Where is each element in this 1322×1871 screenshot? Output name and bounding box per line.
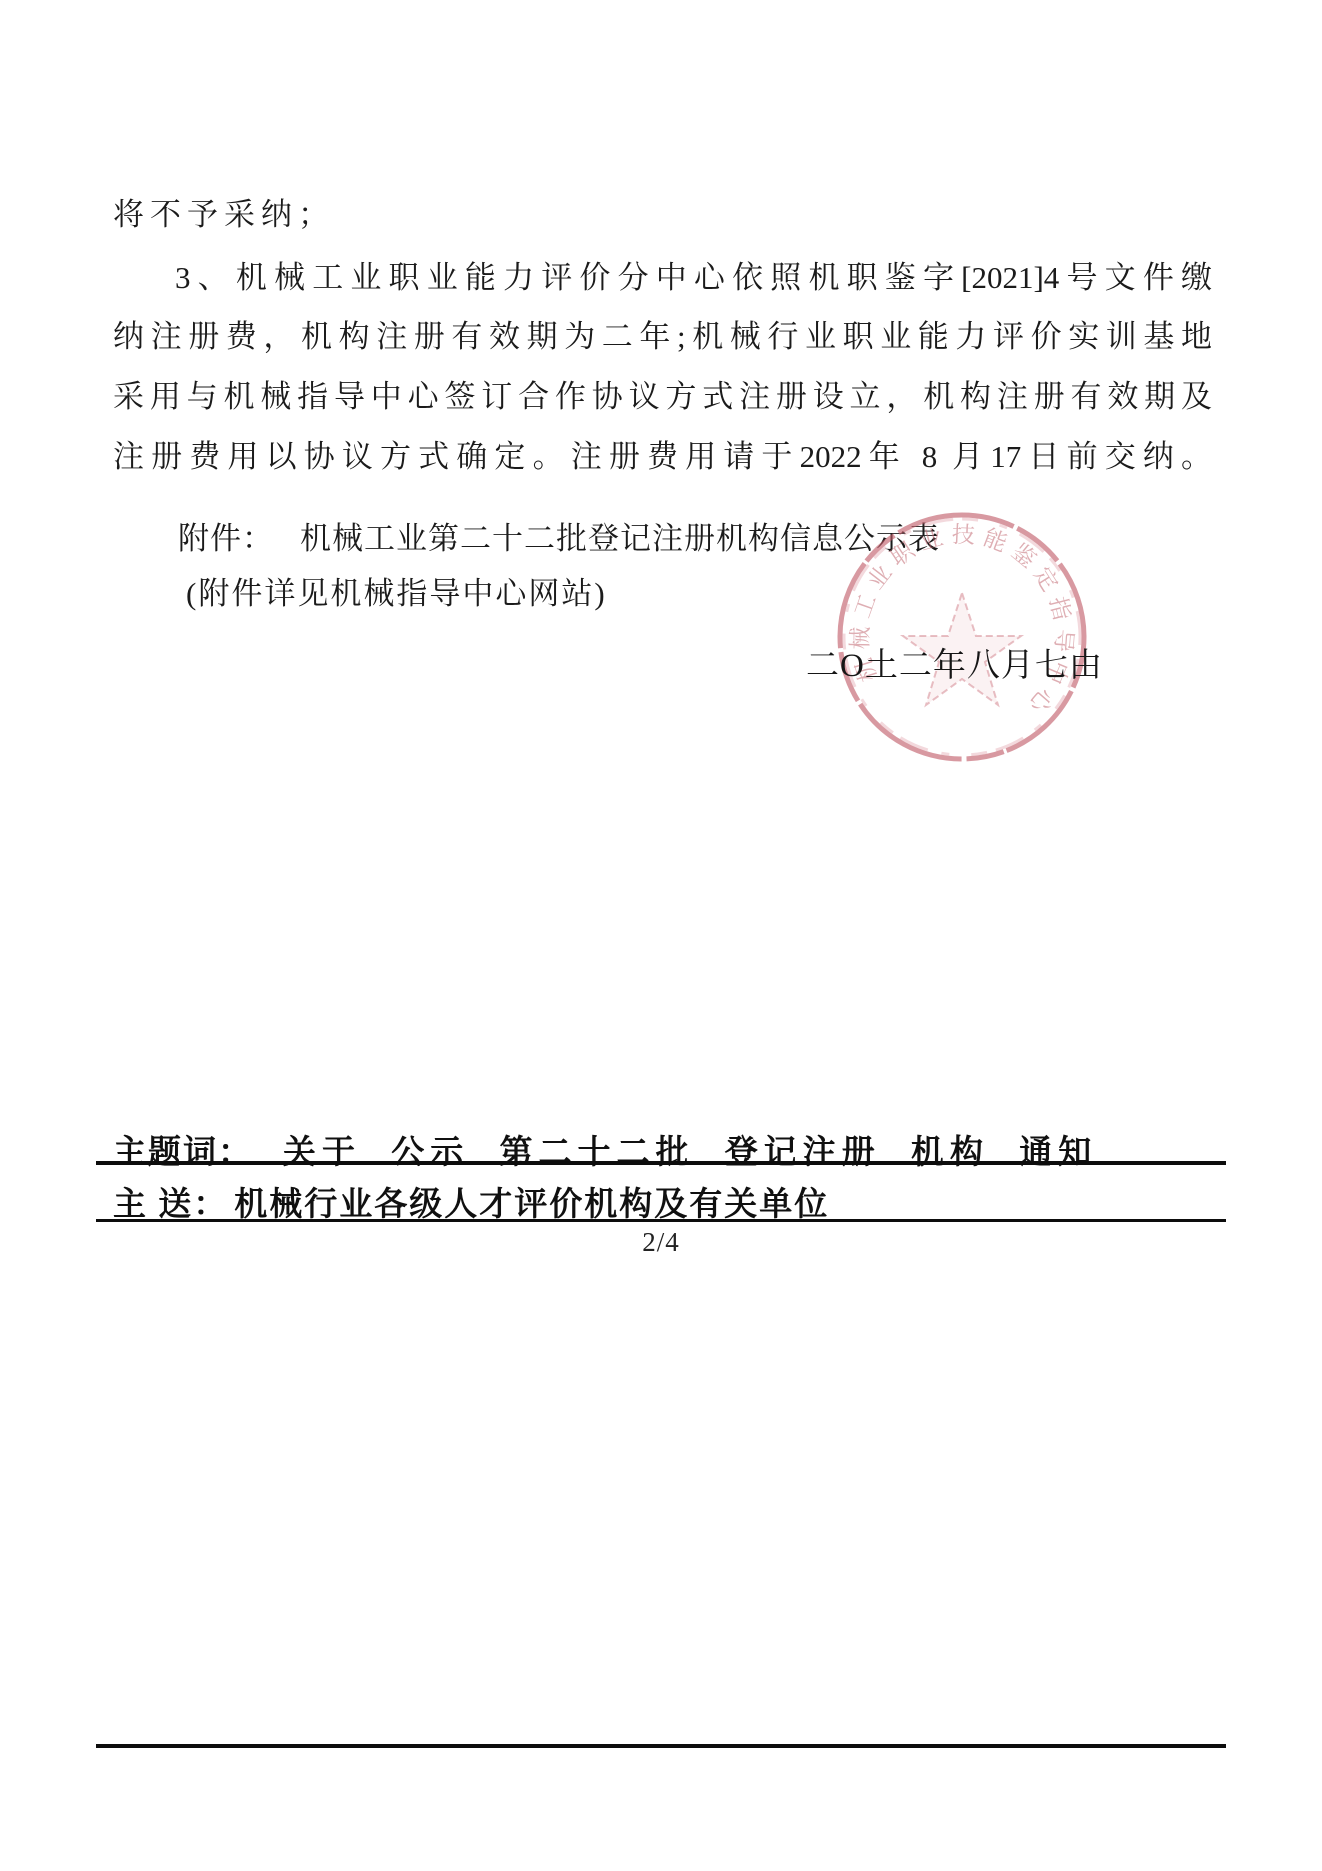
subject-divider	[96, 1161, 1226, 1165]
paragraph-line-3: 采用与机械指导中心签订合作协议方式注册设立，机构注册有效期及	[113, 378, 1212, 416]
bottom-rule	[96, 1744, 1226, 1748]
attachment-label: 附件：	[178, 521, 274, 556]
document-page: 将不予采纳； 3、机械工业职业能力评价分中心依照机职鉴字[2021]4号文件缴 …	[0, 0, 1322, 1871]
subject-terms: 关于 公示 第二十二批 登记注册 机构 通知	[283, 1135, 1097, 1171]
main-send-label: 主 送：	[113, 1187, 228, 1223]
date-line: 二O土二年八月七由	[806, 639, 1103, 686]
official-stamp: 机械工业职业技能鉴定指导中心	[830, 505, 1094, 769]
subject-row: 主题词：关于 公示 第二十二批 登记注册 机构 通知	[113, 1126, 1097, 1173]
main-send-row: 主 送：机械行业各级人才评价机构及有关单位	[113, 1178, 829, 1225]
main-send-text: 机械行业各级人才评价机构及有关单位	[234, 1187, 829, 1223]
paragraph-line-4: 注册费用以协议方式确定。注册费用请于2022年 8 月17日前交纳。	[113, 438, 1212, 476]
paragraph-line-2: 纳注册费，机构注册有效期为二年;机械行业职业能力评价实训基地	[113, 318, 1212, 356]
opening-line: 将不予采纳；	[113, 189, 335, 234]
attachment-row: 附件：机械工业第二十二批登记注册机构信息公示表	[178, 513, 940, 558]
page-number: 2/4	[0, 1227, 1322, 1258]
main-send-divider	[96, 1219, 1226, 1222]
paragraph-line-1: 3、机械工业职业能力评价分中心依照机职鉴字[2021]4号文件缴	[175, 259, 1212, 297]
subject-label: 主题词：	[113, 1135, 253, 1171]
attachment-note: (附件详见机械指导中心网站)	[186, 568, 607, 613]
